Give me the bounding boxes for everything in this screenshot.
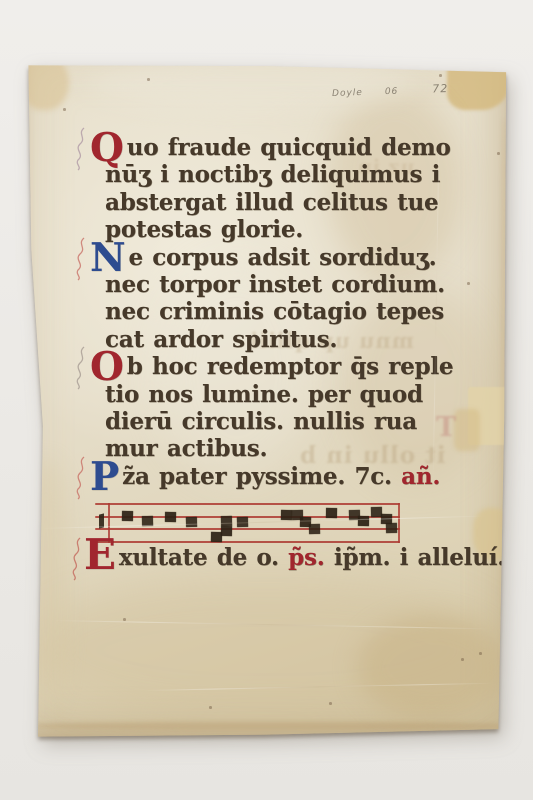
text-segment: e corpus adsit sordiduʒ. <box>128 244 436 271</box>
hymn-text-line: Quo fraude quicquid demo <box>105 134 465 161</box>
pencil-note-part: Doyle <box>332 88 363 99</box>
hymn-text-line: dierū circulis. nullis rua <box>105 408 465 435</box>
pencil-note-part: 72 <box>432 82 448 96</box>
neume <box>142 516 153 526</box>
hymn-text-line: Ne corpus adsit sordiduʒ. <box>105 244 465 271</box>
speck <box>147 78 150 81</box>
stain <box>447 54 509 110</box>
text-segment: cat ardor spiritus. <box>105 326 337 353</box>
neume <box>165 512 176 522</box>
staff-line <box>95 503 400 505</box>
stain <box>35 722 505 730</box>
illuminated-initial: P <box>90 454 119 500</box>
text-segment: nūʒ i noctibʒ deliquimus i <box>105 161 440 188</box>
hymn-text-line: Ob hoc redemptor q̄s reple <box>105 353 465 380</box>
text-segment: tio nos lumine. per quod <box>105 381 423 408</box>
speck <box>209 706 212 709</box>
music-staff <box>95 503 400 543</box>
speck <box>63 108 66 111</box>
neume <box>281 510 292 520</box>
staff-bar <box>398 503 400 543</box>
text-segment: xultate de o. <box>119 544 288 571</box>
neume <box>221 516 232 526</box>
hymn-text-line: cat ardor spiritus. <box>105 326 465 353</box>
speck <box>439 74 442 77</box>
hymn-text-block: Quo fraude quicquid demonūʒ i noctibʒ de… <box>105 134 465 490</box>
neume <box>186 517 197 527</box>
initial-flourish <box>74 237 88 281</box>
text-segment: b hoc redemptor q̄s reple <box>127 353 454 380</box>
text-segment: nec torpor instet cordium. <box>105 271 445 298</box>
neume <box>309 524 320 534</box>
text-segment: p̃s. <box>288 544 324 571</box>
hymn-text-line: nūʒ i noctibʒ deliquimus i <box>105 161 465 188</box>
staff-line <box>95 528 400 530</box>
chant-text-line: Exultate de o. p̃s. ip̃m. i alleluí. <box>84 541 505 575</box>
speck <box>329 702 332 705</box>
hymn-text-line: nec criminis cōtagio tepes <box>105 298 465 325</box>
neume <box>221 526 232 536</box>
hymn-text-line: potestas glorie. <box>105 216 465 243</box>
text-segment: nec criminis cōtagio tepes <box>105 298 444 325</box>
initial-flourish <box>74 456 88 500</box>
crease <box>53 620 489 630</box>
stain <box>87 56 417 111</box>
speck <box>467 282 470 285</box>
manuscript-leaf: mnu up qliiiiit ollu in bTuz in Doyle067… <box>27 60 508 738</box>
custos-mark <box>99 513 104 528</box>
photo-background: mnu up qliiiiit ollu in bTuz in Doyle067… <box>0 0 533 800</box>
hymn-text-line: mur actibus. <box>105 435 465 462</box>
speck <box>479 652 482 655</box>
text-segment: uo fraude quicquid demo <box>127 134 451 161</box>
hymn-text-line: tio nos lumine. per quod <box>105 381 465 408</box>
leaf-shadow-wrap: mnu up qliiiiit ollu in bTuz in Doyle067… <box>0 0 533 800</box>
text-segment: ip̃m. i alleluí. <box>325 544 505 571</box>
text-segment: z̃a pater pyssime. 7c. <box>122 463 401 490</box>
text-segment: potestas glorie. <box>105 216 303 243</box>
pencil-note-part: 06 <box>385 87 399 97</box>
text-segment: dierū circulis. nullis rua <box>105 408 417 435</box>
text-segment: abstergat illud celitus tue <box>105 189 438 216</box>
text-segment: añ. <box>401 463 440 490</box>
crease <box>145 683 493 692</box>
neume <box>237 517 248 527</box>
stain <box>468 387 508 445</box>
neume <box>358 516 369 526</box>
speck <box>461 658 464 661</box>
speck <box>123 618 126 621</box>
hymn-text-line: abstergat illud celitus tue <box>105 189 465 216</box>
neume <box>386 523 397 533</box>
hymn-text-line: Pz̃a pater pyssime. 7c. añ. <box>105 463 465 490</box>
stain <box>23 54 69 110</box>
text-segment: mur actibus. <box>105 435 267 462</box>
initial-flourish <box>74 346 88 390</box>
crease <box>87 744 467 749</box>
stain <box>35 580 497 720</box>
illuminated-initial: E <box>84 530 116 579</box>
initial-flourish <box>70 537 84 581</box>
stain <box>25 460 67 710</box>
stain <box>357 615 507 720</box>
neume <box>122 511 133 521</box>
hymn-text-line: nec torpor instet cordium. <box>105 271 465 298</box>
stain <box>501 120 507 720</box>
pencil-inscription: Doyle0672 <box>332 82 449 99</box>
speck <box>497 152 500 155</box>
neume <box>326 508 337 518</box>
initial-flourish <box>74 127 88 171</box>
